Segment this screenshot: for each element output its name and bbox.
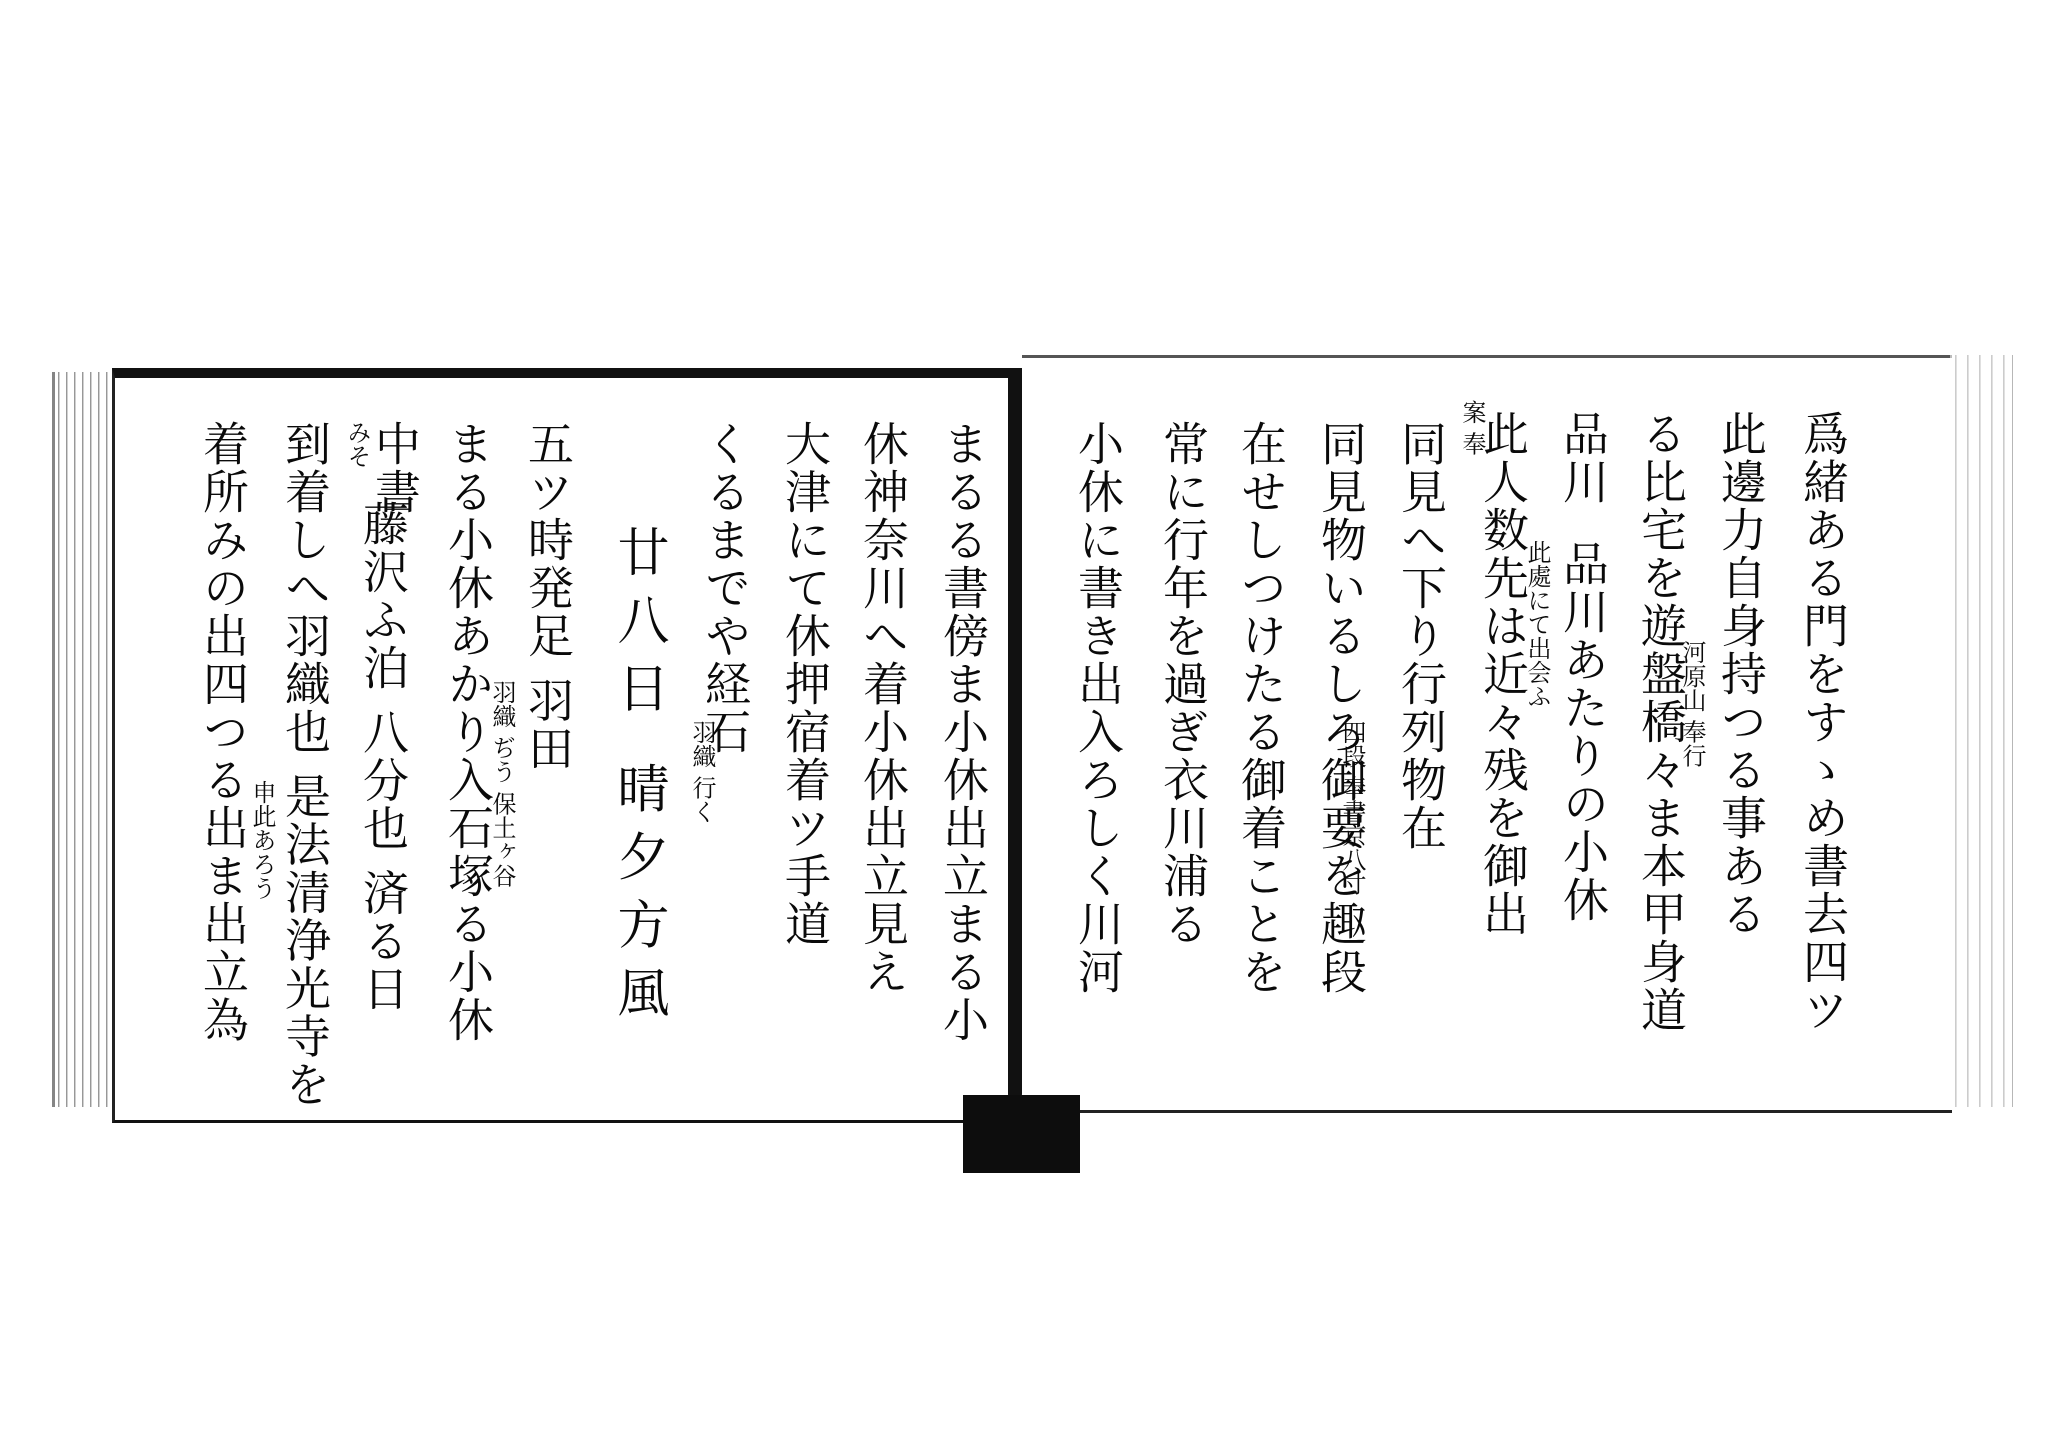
text-column: くるまでや経石 [702,420,748,756]
text-column: まるる書傍ま小休出立まる小 [940,420,986,1044]
text-column: 品川 [1560,410,1606,506]
text-column: 同見物いるしろ御要を趣段 [1318,420,1364,996]
text-column: 着所みの出四つる出ま出立為 [200,420,246,1044]
text-column: 爲緒ある門をすゝめ書去四ツ [1800,410,1846,1034]
text-column: 品川あたりの小休 [1560,540,1606,924]
text-column: 在せしつけたる御着ことを [1238,420,1284,996]
text-column: る比宅を遊盤橋々ま本甲身道 [1638,410,1684,1034]
text-column: 小休に書き出入ろしく川河 [1075,420,1121,996]
text-column: 休神奈川へ着小休出立見え [860,420,906,996]
left-fore-edge [52,372,121,1107]
text-column: 藤沢ふ泊 八分也 済る日 [360,500,406,1013]
text-column: 申此あろう [250,780,274,900]
text-column: 案 奉 [1460,400,1484,456]
book-spine-gutter [1008,368,1022,1100]
text-column: 五ツ時発足 羽田 [525,420,571,773]
text-column: 大津にて休押宿着ツ手道 [782,420,828,948]
text-column: 此人数先は近々残を御出 [1480,410,1526,938]
text-column: 同見へ下り行列物在 [1398,420,1444,852]
text-column: みそ [345,420,369,468]
text-column: 常に行年を過ぎ衣川浦る [1160,420,1206,948]
text-column: 到着しへ羽織也 是法清浄光寺を [282,420,328,1109]
text-column: 廿八日 晴夕方風 [612,525,664,1034]
right-fore-edge [1950,355,2013,1107]
scanned-book-spread: 爲緒ある門をすゝめ書去四ツ此邊力自身持つる事ある河原山 奉行る比宅を遊盤橋々ま本… [0,0,2048,1451]
text-column: 羽織 行く [690,720,714,824]
text-column: 此邊力自身持つる事ある [1718,410,1764,938]
black-bookmark-tab [963,1095,1080,1173]
text-column: まる小休あかり入石塚る小休 [445,420,491,1044]
